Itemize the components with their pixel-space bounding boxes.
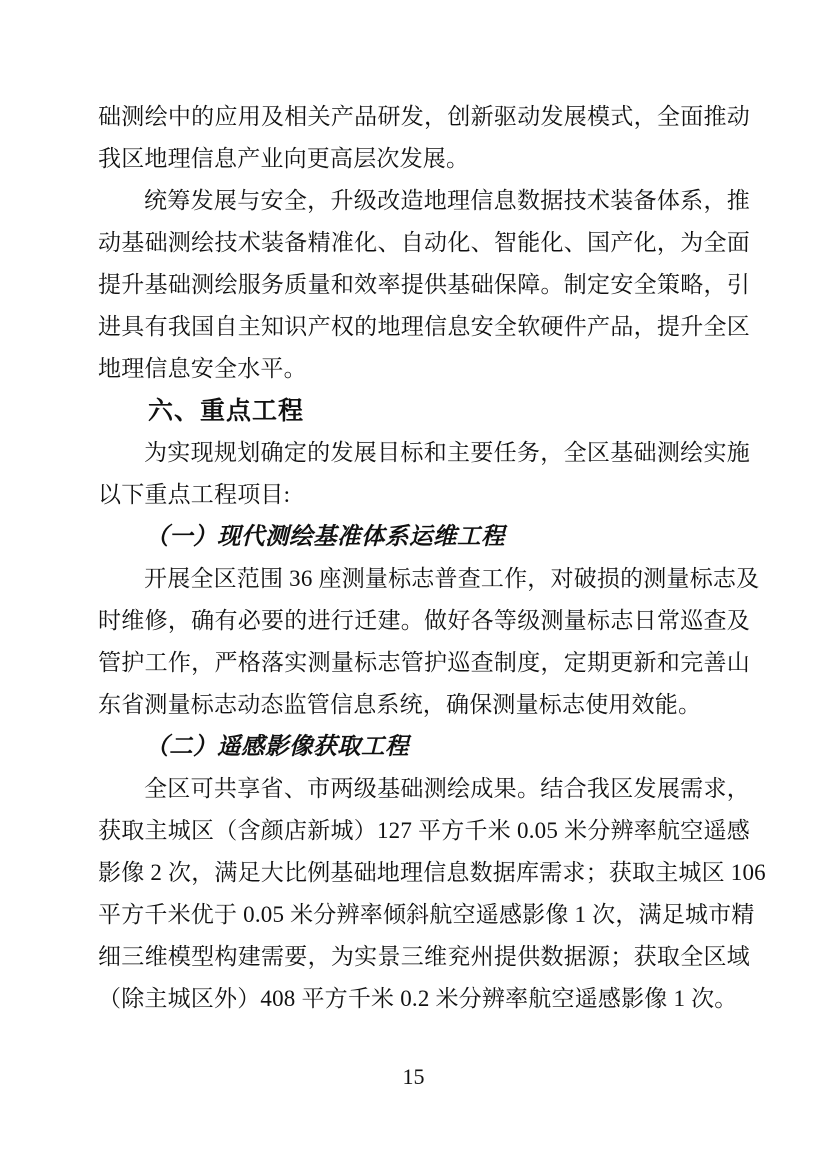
document-text-block: 础测绘中的应用及相关产品研发，创新驱动发展模式，全面推动 我区地理信息产业向更高… (98, 96, 750, 1020)
body-text-line: 进具有我国自主知识产权的地理信息安全软硬件产品，提升全区 (98, 306, 750, 348)
body-text-line: 时维修，确有必要的进行迁建。做好各等级测量标志日常巡查及 (98, 600, 750, 642)
body-text-line: 获取主城区（含颜店新城）127 平方千米 0.05 米分辨率航空遥感 (98, 810, 750, 852)
body-text-line: 平方千米优于 0.05 米分辨率倾斜航空遥感影像 1 次，满足城市精 (98, 894, 750, 936)
page-number: 15 (0, 1062, 827, 1092)
body-text-line: 础测绘中的应用及相关产品研发，创新驱动发展模式，全面推动 (98, 96, 750, 138)
body-text-line: 统筹发展与安全，升级改造地理信息数据技术装备体系，推 (98, 180, 750, 222)
subsection-heading-2: （二）遥感影像获取工程 (98, 726, 750, 768)
body-text-line: 我区地理信息产业向更高层次发展。 (98, 138, 750, 180)
body-text-line: 全区可共享省、市两级基础测绘成果。结合我区发展需求， (98, 768, 750, 810)
body-text-line: 东省测量标志动态监管信息系统，确保测量标志使用效能。 (98, 684, 750, 726)
document-page: 础测绘中的应用及相关产品研发，创新驱动发展模式，全面推动 我区地理信息产业向更高… (0, 0, 827, 1169)
body-text-line: 开展全区范围 36 座测量标志普查工作，对破损的测量标志及 (98, 558, 750, 600)
body-text-line: 地理信息安全水平。 (98, 348, 750, 390)
section-heading: 六、重点工程 (98, 390, 750, 432)
body-text-line: 细三维模型构建需要，为实景三维兖州提供数据源；获取全区域 (98, 936, 750, 978)
body-text-line: 提升基础测绘服务质量和效率提供基础保障。制定安全策略，引 (98, 264, 750, 306)
body-text-line: 以下重点工程项目: (98, 474, 750, 516)
body-text-line: 动基础测绘技术装备精准化、自动化、智能化、国产化，为全面 (98, 222, 750, 264)
body-text-line: 管护工作，严格落实测量标志管护巡查制度，定期更新和完善山 (98, 642, 750, 684)
subsection-heading-1: （一）现代测绘基准体系运维工程 (98, 516, 750, 558)
body-text-line: 影像 2 次，满足大比例基础地理信息数据库需求；获取主城区 106 (98, 852, 750, 894)
body-text-line: （除主城区外）408 平方千米 0.2 米分辨率航空遥感影像 1 次。 (98, 978, 750, 1020)
body-text-line: 为实现规划确定的发展目标和主要任务，全区基础测绘实施 (98, 432, 750, 474)
